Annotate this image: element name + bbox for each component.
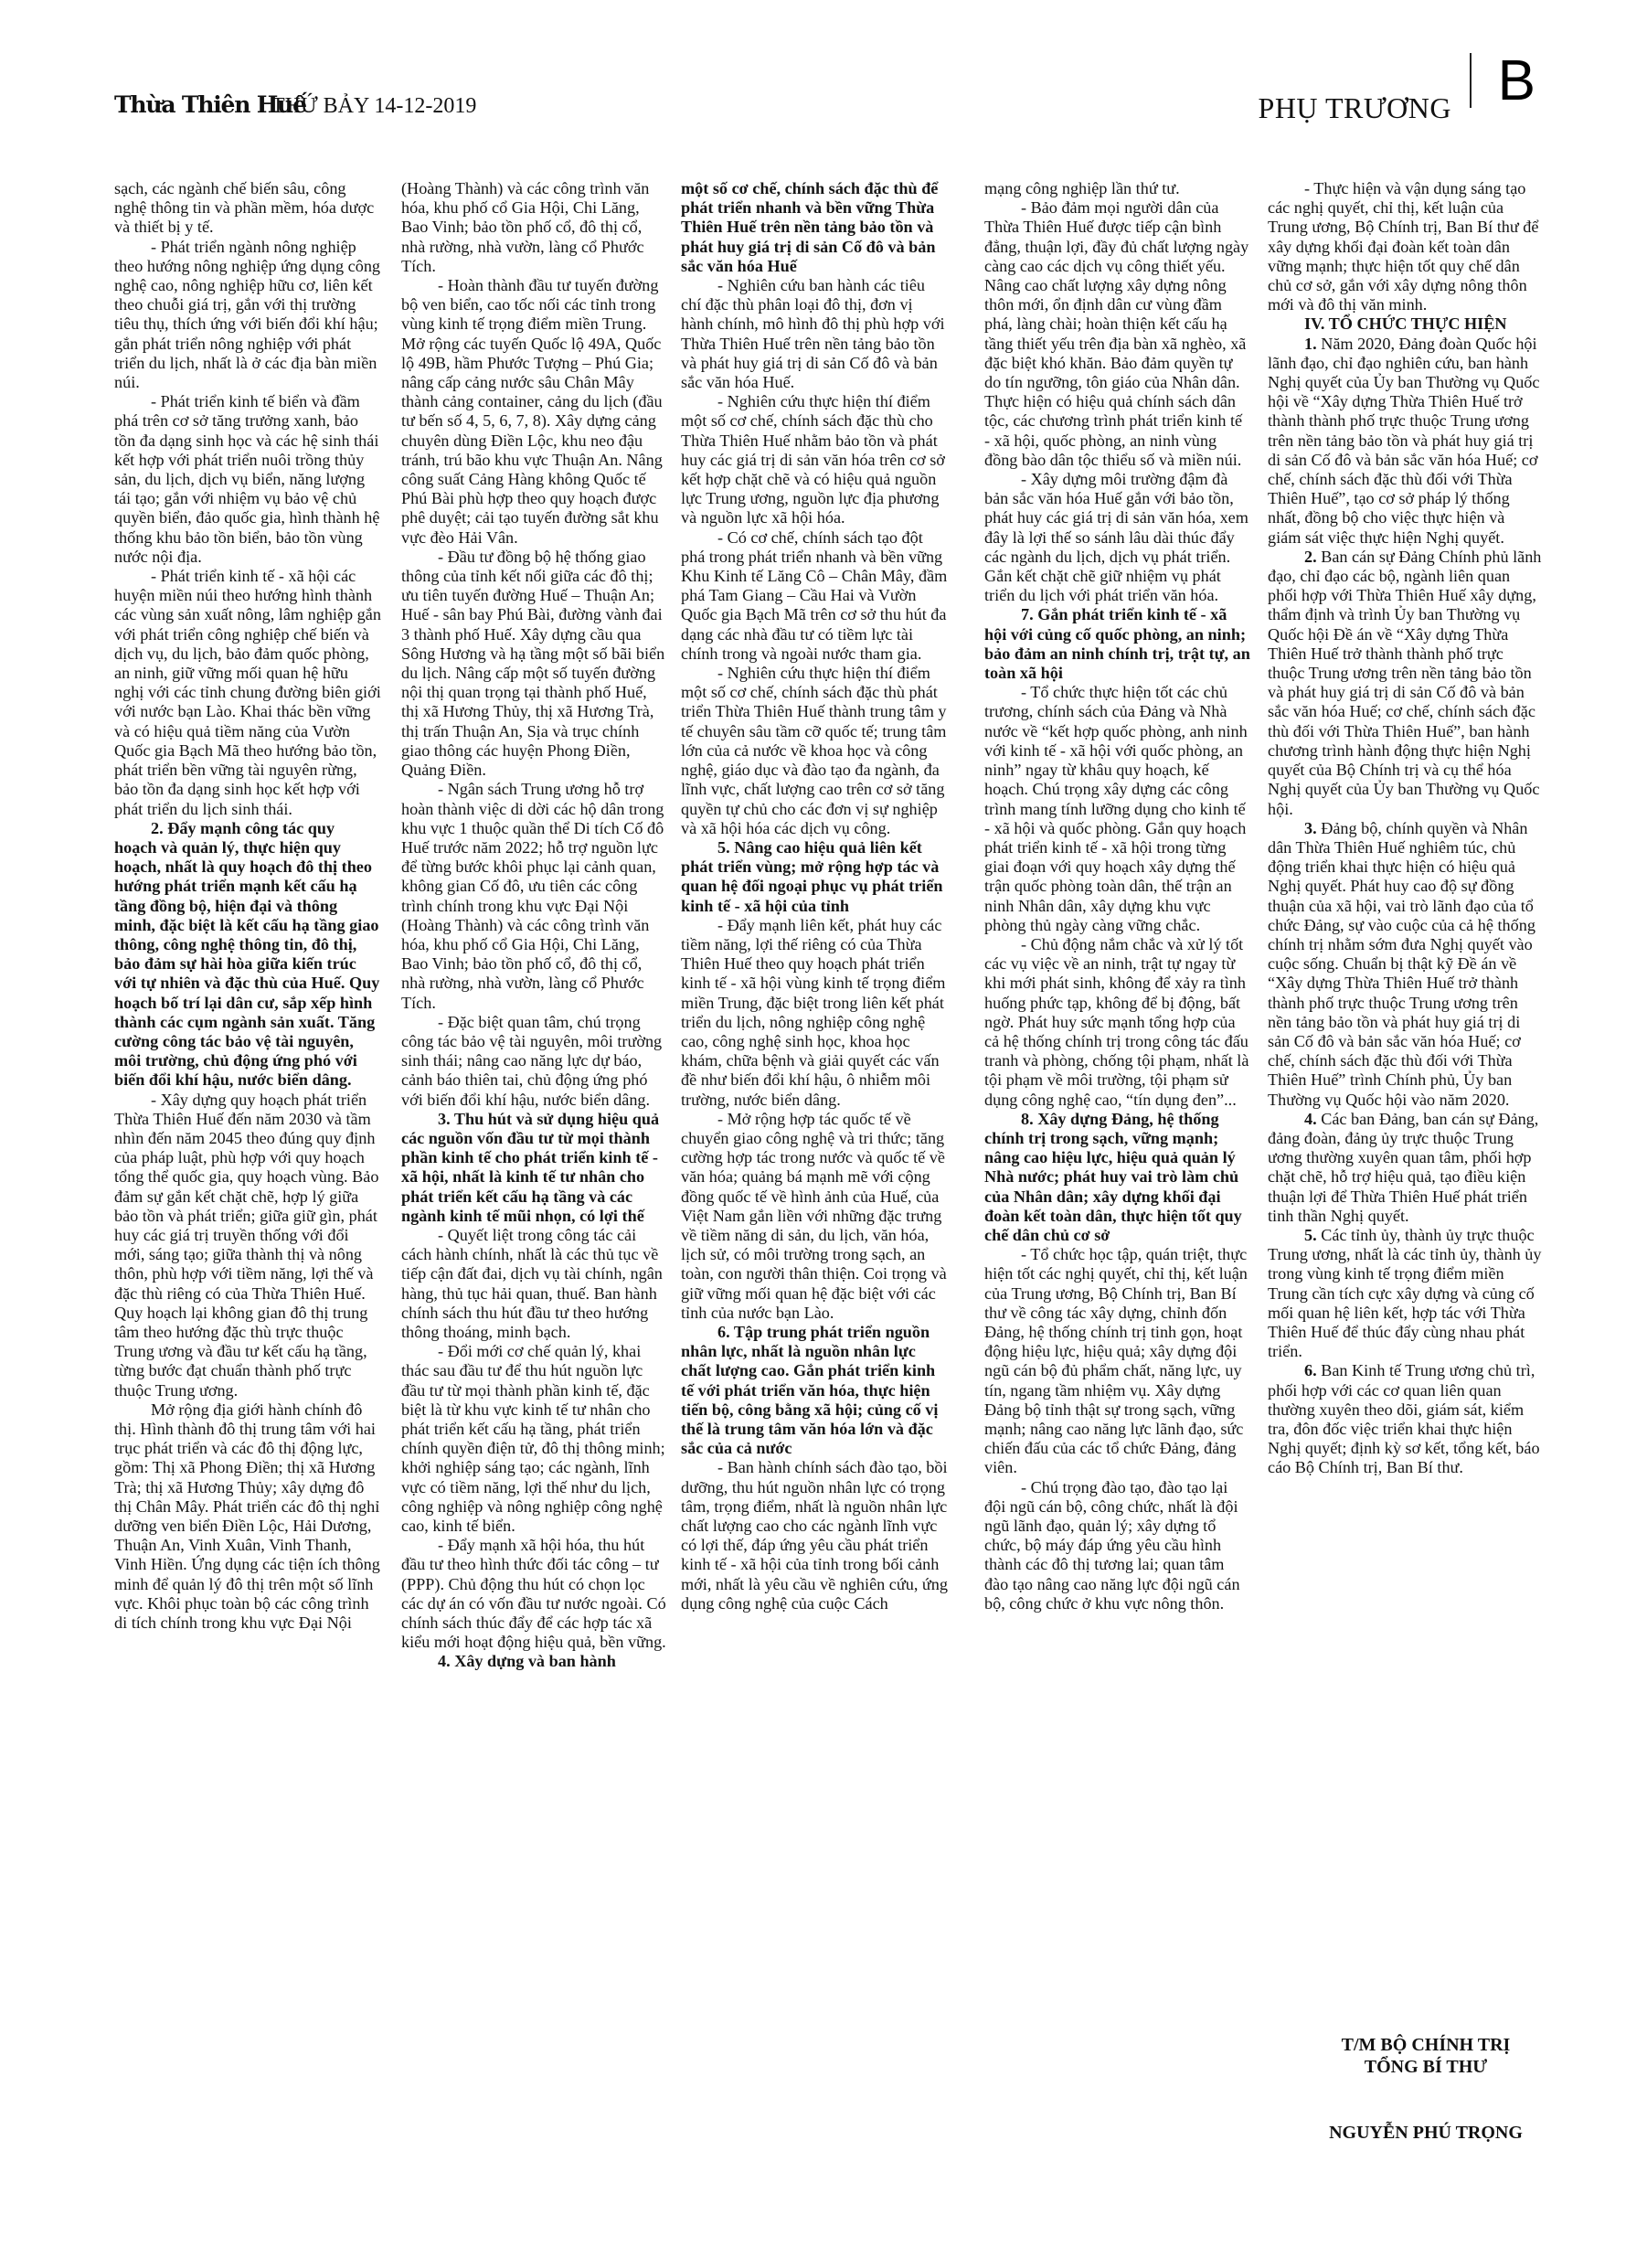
paragraph: - Xây dựng quy hoạch phát triển Thừa Thi… — [114, 1091, 381, 1400]
article-body: sạch, các ngành chế biến sâu, công nghệ … — [114, 179, 1549, 2245]
item-number: 2. — [1304, 548, 1317, 566]
paragraph: - Đẩy mạnh liên kết, phát huy các tiềm n… — [681, 916, 948, 1110]
paragraph: - Đẩy mạnh xã hội hóa, thu hút đầu tư th… — [401, 1536, 668, 1652]
section-heading: 2. Đẩy mạnh công tác quy hoạch và quản l… — [114, 819, 381, 1091]
paragraph: 2. Ban cán sự Đảng Chính phủ lãnh đạo, c… — [1268, 548, 1542, 819]
paragraph-text: Năm 2020, Đảng đoàn Quốc hội lãnh đạo, c… — [1268, 335, 1539, 547]
paragraph: - Hoàn thành đầu tư tuyến đường bộ ven b… — [401, 276, 668, 548]
paragraph-text: Các tỉnh ủy, thành ủy trực thuộc Trung ư… — [1268, 1226, 1542, 1360]
paragraph: - Xây dựng môi trường đậm đà bản sắc văn… — [984, 470, 1251, 605]
paragraph: - Ngân sách Trung ương hỗ trợ hoàn thành… — [401, 780, 668, 1012]
paragraph: - Quyết liệt trong công tác cải cách hàn… — [401, 1226, 668, 1342]
item-number: 1. — [1304, 335, 1317, 353]
paragraph: - Tổ chức học tập, quán triệt, thực hiện… — [984, 1245, 1251, 1477]
item-number: 5. — [1304, 1226, 1317, 1244]
column-5: - Thực hiện và vận dụng sáng tạo các ngh… — [1268, 179, 1542, 1478]
paragraph: Mở rộng địa giới hành chính đô thị. Hình… — [114, 1400, 381, 1633]
section-heading: 4. Xây dựng và ban hành — [401, 1652, 668, 1671]
item-number: 3. — [1304, 819, 1317, 837]
item-number: 4. — [1304, 1110, 1317, 1128]
paragraph-text: Ban cán sự Đảng Chính phủ lãnh đạo, chỉ … — [1268, 548, 1541, 818]
signature-block: T/M BỘ CHÍNH TRỊ TỔNG BÍ THƯ — [1316, 2034, 1535, 2078]
paragraph: - Chú trọng đào tạo, đào tạo lại đội ngũ… — [984, 1478, 1251, 1613]
section-heading: IV. TỔ CHỨC THỰC HIỆN — [1268, 314, 1542, 334]
paragraph: - Chủ động nắm chắc và xử lý tốt các vụ … — [984, 935, 1251, 1110]
paragraph: - Mở rộng hợp tác quốc tế về chuyển giao… — [681, 1110, 948, 1323]
signatory-name: NGUYỄN PHÚ TRỌNG — [1316, 2123, 1535, 2144]
paragraph: 3. Đảng bộ, chính quyền và Nhân dân Thừa… — [1268, 819, 1542, 1110]
paragraph: - Tổ chức thực hiện tốt các chủ trương, … — [984, 683, 1251, 935]
section-name: PHỤ TRƯƠNG — [1259, 91, 1451, 125]
section-heading: 7. Gắn phát triển kinh tế - xã hội với c… — [984, 605, 1251, 683]
paragraph: - Phát triển kinh tế - xã hội các huyện … — [114, 567, 381, 819]
paragraph: 5. Các tỉnh ủy, thành ủy trực thuộc Trun… — [1268, 1226, 1542, 1361]
section-heading: 8. Xây dựng Đảng, hệ thống chính trị tro… — [984, 1110, 1251, 1245]
column-1: sạch, các ngành chế biến sâu, công nghệ … — [114, 179, 381, 1633]
paragraph: - Ban hành chính sách đào tạo, bồi dưỡng… — [681, 1458, 948, 1613]
paragraph: sạch, các ngành chế biến sâu, công nghệ … — [114, 179, 381, 238]
paragraph: - Phát triển kinh tế biển và đầm phá trê… — [114, 392, 381, 567]
paragraph: - Có cơ chế, chính sách tạo đột phá tron… — [681, 528, 948, 664]
paragraph: - Đặc biệt quan tâm, chú trọng công tác … — [401, 1013, 668, 1110]
paragraph: (Hoàng Thành) và các công trình văn hóa,… — [401, 179, 668, 276]
column-2: (Hoàng Thành) và các công trình văn hóa,… — [401, 179, 668, 1672]
paragraph: - Nghiên cứu ban hành các tiêu chí đặc t… — [681, 276, 948, 392]
paragraph: - Đầu tư đồng bộ hệ thống giao thông của… — [401, 548, 668, 780]
issue-date: THỨ BẢY 14-12-2019 — [271, 94, 476, 119]
paragraph: - Nghiên cứu thực hiện thí điểm một số c… — [681, 392, 948, 527]
paragraph-text: Đảng bộ, chính quyền và Nhân dân Thừa Th… — [1268, 819, 1535, 1109]
paragraph: - Bảo đảm mọi người dân của Thừa Thiên H… — [984, 198, 1251, 470]
signature-title-line1: T/M BỘ CHÍNH TRỊ — [1316, 2034, 1535, 2056]
section-heading: 6. Tập trung phát triển nguồn nhân lực, … — [681, 1323, 948, 1458]
section-heading: 5. Nâng cao hiệu quả liên kết phát triển… — [681, 838, 948, 916]
paragraph: mạng công nghiệp lần thứ tư. — [984, 179, 1251, 198]
paragraph: 4. Các ban Đảng, ban cán sự Đảng, đảng đ… — [1268, 1110, 1542, 1226]
paragraph: - Nghiên cứu thực hiện thí điểm một số c… — [681, 664, 948, 838]
paragraph: - Phát triển ngành nông nghiệp theo hướn… — [114, 238, 381, 393]
section-heading: một số cơ chế, chính sách đặc thù để phá… — [681, 179, 948, 276]
section-divider — [1470, 53, 1472, 108]
column-3: một số cơ chế, chính sách đặc thù để phá… — [681, 179, 948, 1613]
paragraph: 1. Năm 2020, Đảng đoàn Quốc hội lãnh đạo… — [1268, 335, 1542, 548]
paragraph: 6. Ban Kinh tế Trung ương chủ trì, phối … — [1268, 1361, 1542, 1477]
page-masthead: Thừa Thiên Huế THỨ BẢY 14-12-2019 PHỤ TR… — [114, 80, 1546, 144]
paragraph: - Đổi mới cơ chế quản lý, khai thác sau … — [401, 1342, 668, 1536]
section-letter: B — [1498, 53, 1535, 110]
signature-title-line2: TỔNG BÍ THƯ — [1316, 2056, 1535, 2078]
item-number: 6. — [1304, 1361, 1317, 1379]
section-heading: 3. Thu hút và sử dụng hiệu quả các nguồn… — [401, 1110, 668, 1226]
paragraph: - Thực hiện và vận dụng sáng tạo các ngh… — [1268, 179, 1542, 314]
column-4: mạng công nghiệp lần thứ tư.- Bảo đảm mọ… — [984, 179, 1251, 1613]
